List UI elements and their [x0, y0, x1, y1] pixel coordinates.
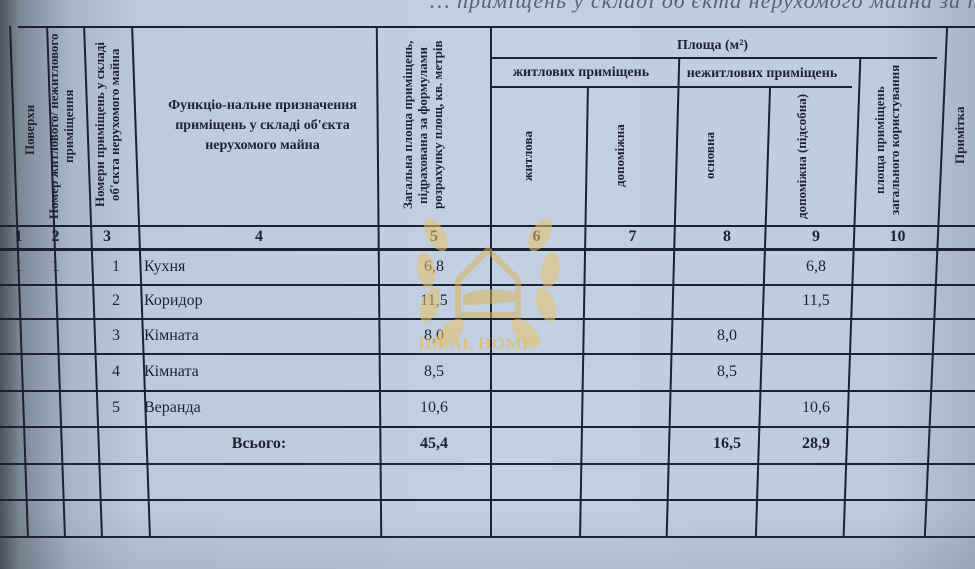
header-room-numbers: Номери приміщень у складі об'єкта нерухо…: [92, 30, 142, 220]
column-number: 3: [74, 228, 140, 246]
cell-total: 10,6: [378, 399, 490, 417]
cell-aux: 11,5: [772, 292, 860, 310]
watermark-text: IDEAL HOME: [418, 334, 534, 354]
cell-main: 8,0: [682, 327, 772, 345]
totals-total-area: 45,4: [378, 435, 490, 453]
header-total-area: Загальна площа приміщень, підрахована за…: [400, 30, 480, 220]
cell-room: 5: [92, 399, 140, 417]
header-purpose: Функціо-нальне призначення приміщень у с…: [150, 96, 375, 156]
cell-purpose: Веранда: [144, 399, 382, 417]
column-number: 8: [682, 228, 772, 246]
column-number: 6: [490, 228, 583, 246]
column-number: 2: [37, 228, 74, 246]
cell-unit: 1: [37, 258, 74, 276]
cell-floor: 1: [0, 258, 37, 276]
cell-room: 3: [92, 327, 140, 345]
header-common-area: площа приміщень загального користування: [872, 60, 932, 220]
cell-purpose: Кімната: [144, 363, 382, 381]
cell-main: 8,5: [682, 363, 772, 381]
header-area-group: Площа (м²): [490, 38, 935, 54]
cell-purpose: Кімната: [144, 327, 382, 345]
header-main: основна: [702, 92, 742, 220]
photo-shadow: [0, 509, 975, 569]
cell-aux: 6,8: [772, 258, 860, 276]
cell-purpose: Коридор: [144, 292, 382, 310]
room-area-table: Поверхи Номер житлового/ нежитлового при…: [0, 0, 975, 569]
totals-label: Всього:: [140, 435, 378, 453]
cell-purpose: Кухня: [144, 258, 382, 276]
column-number: 1: [0, 228, 37, 246]
column-number: 5: [378, 228, 490, 246]
header-residential-group: житлових приміщень: [490, 65, 672, 81]
totals-main-area: 16,5: [682, 435, 772, 453]
cell-aux: 10,6: [772, 399, 860, 417]
cell-room: 2: [92, 292, 140, 310]
cell-room: 4: [92, 363, 140, 381]
cell-total: 8,5: [378, 363, 490, 381]
header-nonresidential-group: нежитлових приміщень: [672, 66, 852, 82]
header-note: Примітка: [952, 60, 975, 210]
header-unit-number: Номер житлового/ нежитлового приміщення: [46, 32, 94, 220]
column-number: 10: [860, 228, 935, 246]
column-number: 4: [140, 228, 378, 246]
header-aux-utility: допоміжна (підсобна): [794, 92, 838, 220]
cell-room: 1: [92, 258, 140, 276]
column-number: 7: [583, 228, 682, 246]
cell-total: 11,5: [378, 292, 490, 310]
column-number: 9: [772, 228, 860, 246]
cell-total: 6,8: [378, 258, 490, 276]
header-residential-aux: допоміжна: [612, 92, 652, 220]
header-residential: житлова: [520, 92, 560, 220]
totals-aux-area: 28,9: [772, 435, 860, 453]
